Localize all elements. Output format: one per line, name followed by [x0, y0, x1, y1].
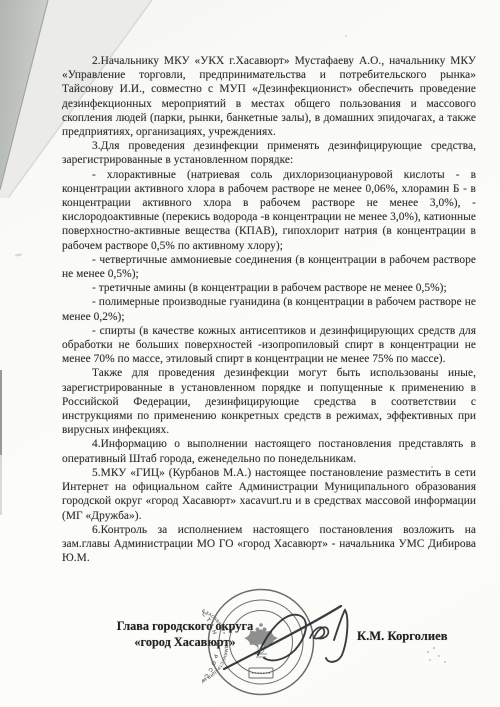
paragraph: 4.Информацию о выполнении настоящего пос… [62, 437, 476, 465]
scan-speckle [444, 661, 446, 663]
paragraph: 5.МКУ «ГИЦ» (Курбанов М.А.) настоящее по… [62, 466, 476, 523]
paragraph: 2.Начальнику МКУ «УКХ г.Хасавюрт» Мустаф… [62, 54, 476, 139]
document-body-text: 2.Начальнику МКУ «УКХ г.Хасавюрт» Мустаф… [62, 54, 476, 565]
paragraph: - спирты (в качестве кожных антисептиков… [62, 324, 476, 367]
scan-speckle [427, 651, 429, 653]
scan-edge-artifact-faint [0, 455, 2, 515]
paragraph: - хлорактивные (натриевая соль дихлоризо… [62, 168, 476, 253]
scan-speckle [345, 35, 347, 37]
scan-smudge [15, 253, 22, 256]
scanned-document-page: 2.Начальнику МКУ «УКХ г.Хасавюрт» Мустаф… [0, 0, 500, 707]
paragraph: 3.Для проведения дезинфекции применять д… [62, 139, 476, 167]
paragraph: - полимерные производные гуанидина (в ко… [62, 295, 476, 323]
scan-speckle [431, 466, 433, 468]
scan-speckle [433, 647, 435, 649]
paragraph: Также для проведения дезинфекции могут б… [62, 366, 476, 437]
paragraph: 6.Контроль за исполнением настоящего пос… [62, 523, 476, 566]
signatory-name: К.М. Корголиев [357, 629, 448, 644]
scan-speckle [429, 659, 431, 661]
scan-speckle [438, 655, 440, 657]
paragraph: - третичные амины (в концентрации в рабо… [62, 281, 476, 295]
scan-edge-artifact [0, 370, 2, 455]
paragraph: - четвертичные аммониевые соединения (в … [62, 253, 476, 281]
handwritten-signature [208, 596, 358, 678]
